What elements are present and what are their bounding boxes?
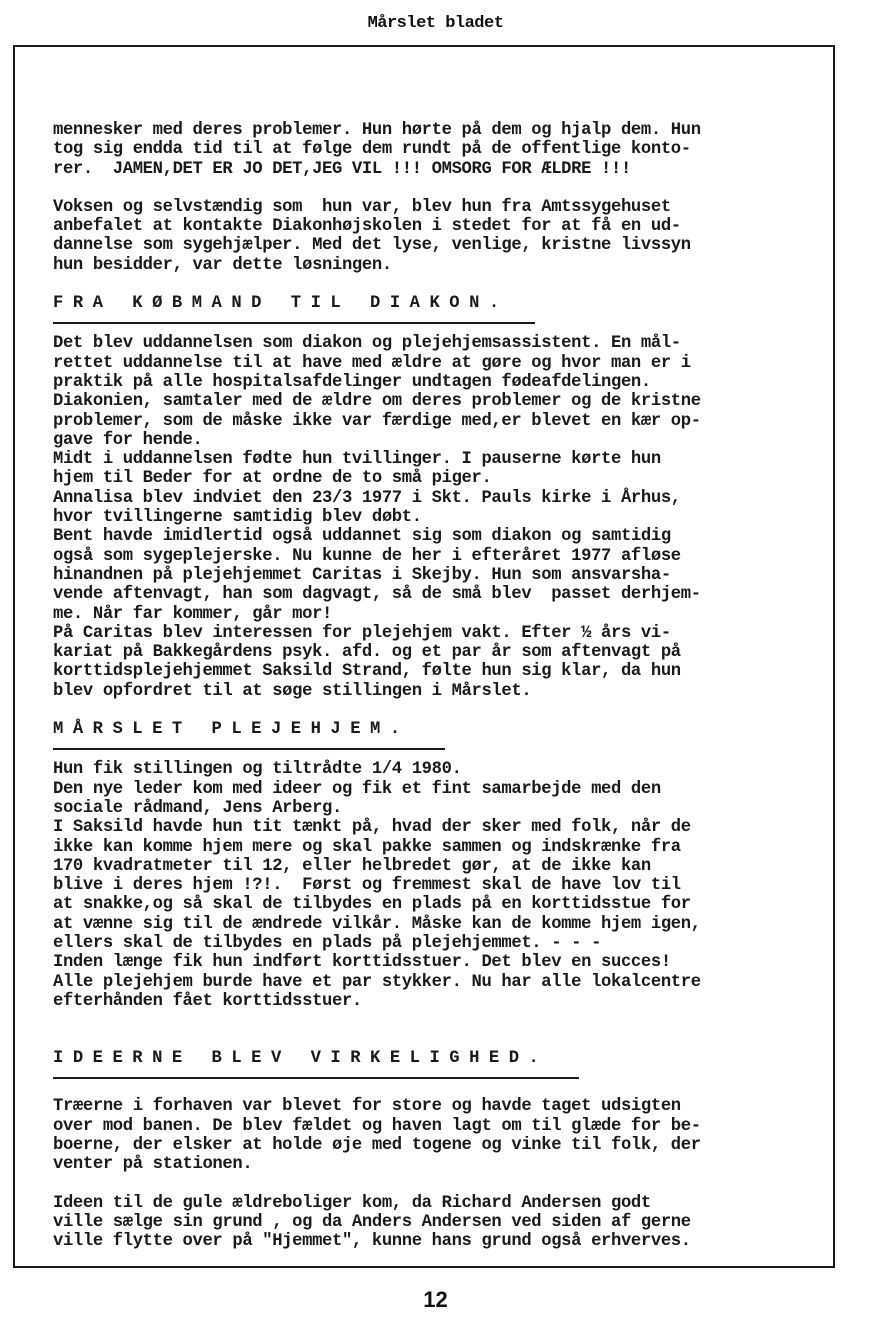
- ideerne-paragraph-2: Ideen til de gule ældreboliger kom, da R…: [53, 1194, 823, 1252]
- section-heading-plejehjem: MÅRSLET PLEJEHJEM.: [53, 720, 823, 739]
- plejehjem-paragraph: Hun fik stillingen og tiltrådte 1/4 1980…: [53, 760, 823, 1011]
- spacer: [53, 179, 823, 198]
- section-heading-ideerne: IDEERNE BLEV VIRKELIGHED.: [53, 1049, 823, 1068]
- spacer: [53, 701, 823, 720]
- heading-underline: [53, 1077, 579, 1079]
- intro-paragraph-2: Voksen og selvstændig som hun var, blev …: [53, 198, 823, 275]
- article-body: mennesker med deres problemer. Hun hørte…: [53, 121, 823, 1252]
- heading-underline: [53, 322, 535, 324]
- section-heading-koebmand: FRA KØBMAND TIL DIAKON.: [53, 294, 823, 313]
- spacer: [53, 1011, 823, 1030]
- intro-paragraph-1: mennesker med deres problemer. Hun hørte…: [53, 121, 823, 179]
- spacer: [53, 1030, 823, 1049]
- spacer: [53, 1089, 823, 1097]
- koebmand-paragraph: Det blev uddannelsen som diakon og pleje…: [53, 334, 823, 701]
- page-number: 12: [0, 1287, 871, 1313]
- ideerne-paragraph-1: Træerne i forhaven var blevet for store …: [53, 1097, 823, 1174]
- spacer: [53, 1175, 823, 1194]
- spacer: [53, 275, 823, 294]
- heading-underline: [53, 748, 445, 750]
- newsletter-title: Mårslet bladet: [0, 14, 871, 33]
